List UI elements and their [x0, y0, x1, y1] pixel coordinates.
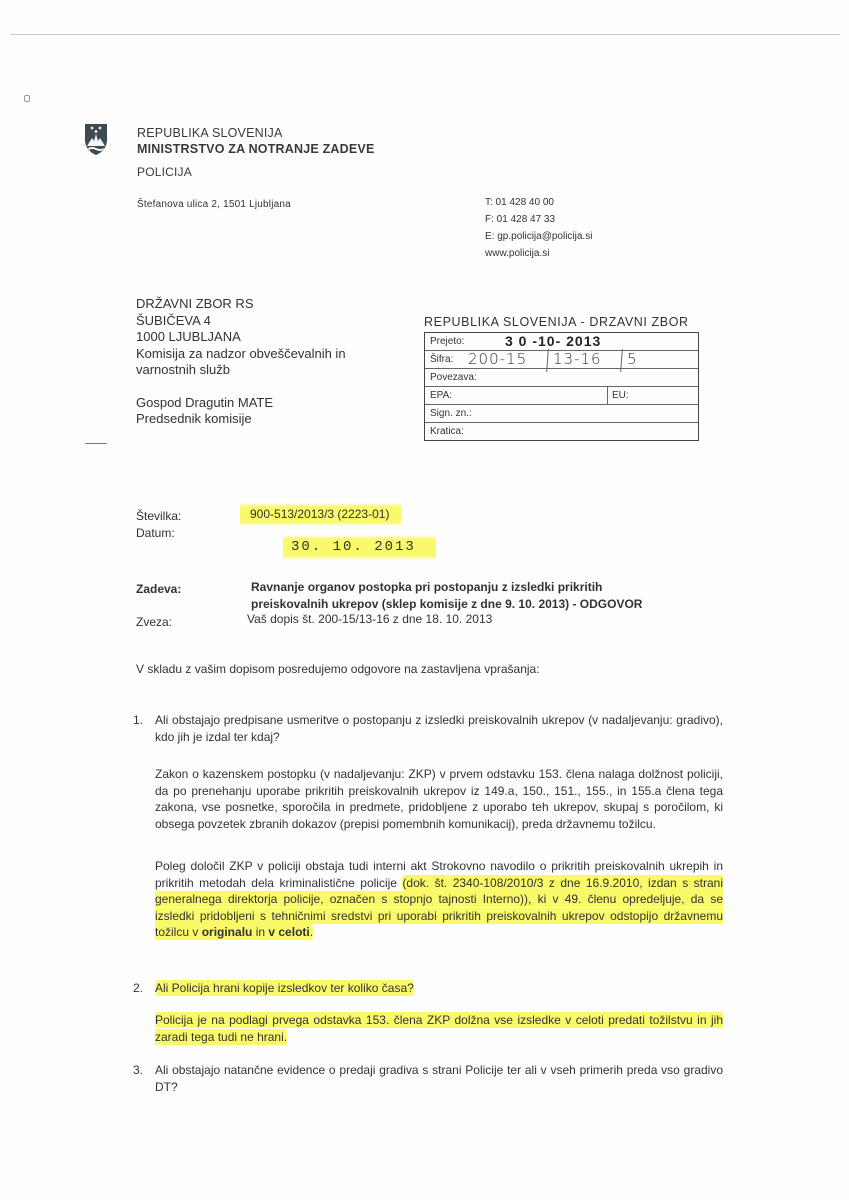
reference-text: Vaš dopis št. 200-15/13-16 z dne 18. 10.… — [247, 612, 492, 626]
letterhead-police: POLICIJA — [137, 165, 192, 179]
answer-1-paragraph-1: Zakon o kazenskem postopku (v nadaljevan… — [155, 766, 723, 832]
intro-paragraph: V skladu z vašim dopisom posredujemo odg… — [136, 662, 540, 676]
question-2-text: Ali Policija hrani kopije izsledkov ter … — [155, 980, 723, 997]
scan-artifact — [24, 95, 30, 102]
stamp-received-date: 3 0 -10- 2013 — [505, 333, 601, 349]
stamp-row-sifra: Šifra: 200-15 13-16 5 — [425, 351, 698, 369]
subject-label: Zadeva: — [136, 582, 181, 596]
document-date: 30. 10. 2013 — [283, 535, 436, 560]
recipient-line: DRŽAVNI ZBOR RS — [136, 296, 346, 313]
coat-of-arms-icon — [83, 122, 109, 156]
answer-2-paragraph: Policija je na podlagi prvega odstavka 1… — [155, 1012, 723, 1045]
stamp-row-kratica: Kratica: — [425, 423, 698, 440]
fold-mark — [85, 443, 107, 444]
stamp-row-sign: Sign. zn.: — [425, 405, 698, 423]
answer-1-paragraph-2: Poleg določil ZKP v policiji obstaja tud… — [155, 858, 723, 941]
question-3-text: Ali obstajajo natančne evidence o predaj… — [155, 1062, 723, 1095]
contact-web: www.policija.si — [485, 248, 549, 259]
contact-fax: F: 01 428 47 33 — [485, 214, 555, 225]
scan-top-edge — [10, 34, 840, 35]
stamp-code-a: 200-15 — [468, 350, 527, 368]
question-2-number: 2. — [133, 981, 143, 995]
question-1-number: 1. — [133, 713, 143, 727]
recipient-role: Predsednik komisije — [136, 411, 346, 428]
reference-label: Zveza: — [136, 615, 172, 629]
document-number: 900-513/2013/3 (2223-01) — [240, 503, 401, 526]
letterhead-republic: REPUBLIKA SLOVENIJA — [137, 126, 283, 140]
stamp-row-povezava: Povezava: — [425, 369, 698, 387]
recipient-address: DRŽAVNI ZBOR RS ŠUBIČEVA 4 1000 LJUBLJAN… — [136, 296, 346, 428]
stamp-row-epa: EPA: EU: — [425, 387, 698, 405]
recipient-person: Gospod Dragutin MATE — [136, 395, 346, 412]
date-label: Datum: — [136, 526, 175, 540]
stamp-code-b: 13-16 — [553, 350, 602, 368]
stamp-code-c: 5 — [627, 350, 638, 368]
recipient-line: varnostnih služb — [136, 362, 346, 379]
recipient-line: 1000 LJUBLJANA — [136, 329, 346, 346]
contact-phone: T: 01 428 40 00 — [485, 197, 554, 208]
letterhead-ministry: MINISTRSTVO ZA NOTRANJE ZADEVE — [137, 142, 375, 156]
stamp-title: REPUBLIKA SLOVENIJA - DRZAVNI ZBOR — [424, 315, 689, 329]
subject-text: Ravnanje organov postopka pri postopanju… — [251, 579, 642, 613]
question-3-number: 3. — [133, 1063, 143, 1077]
stamp-row-prejeto: Prejeto: 3 0 -10- 2013 — [425, 333, 698, 351]
recipient-line: Komisija za nadzor obveščevalnih in — [136, 346, 346, 363]
letterhead-address: Štefanova ulica 2, 1501 Ljubljana — [137, 199, 291, 210]
question-1-text: Ali obstajajo predpisane usmeritve o pos… — [155, 712, 723, 745]
contact-email: E: gp.policija@policija.si — [485, 231, 592, 242]
recipient-line: ŠUBIČEVA 4 — [136, 313, 346, 330]
number-label: Številka: — [136, 509, 181, 523]
receipt-stamp: Prejeto: 3 0 -10- 2013 Šifra: 200-15 13-… — [424, 332, 699, 441]
